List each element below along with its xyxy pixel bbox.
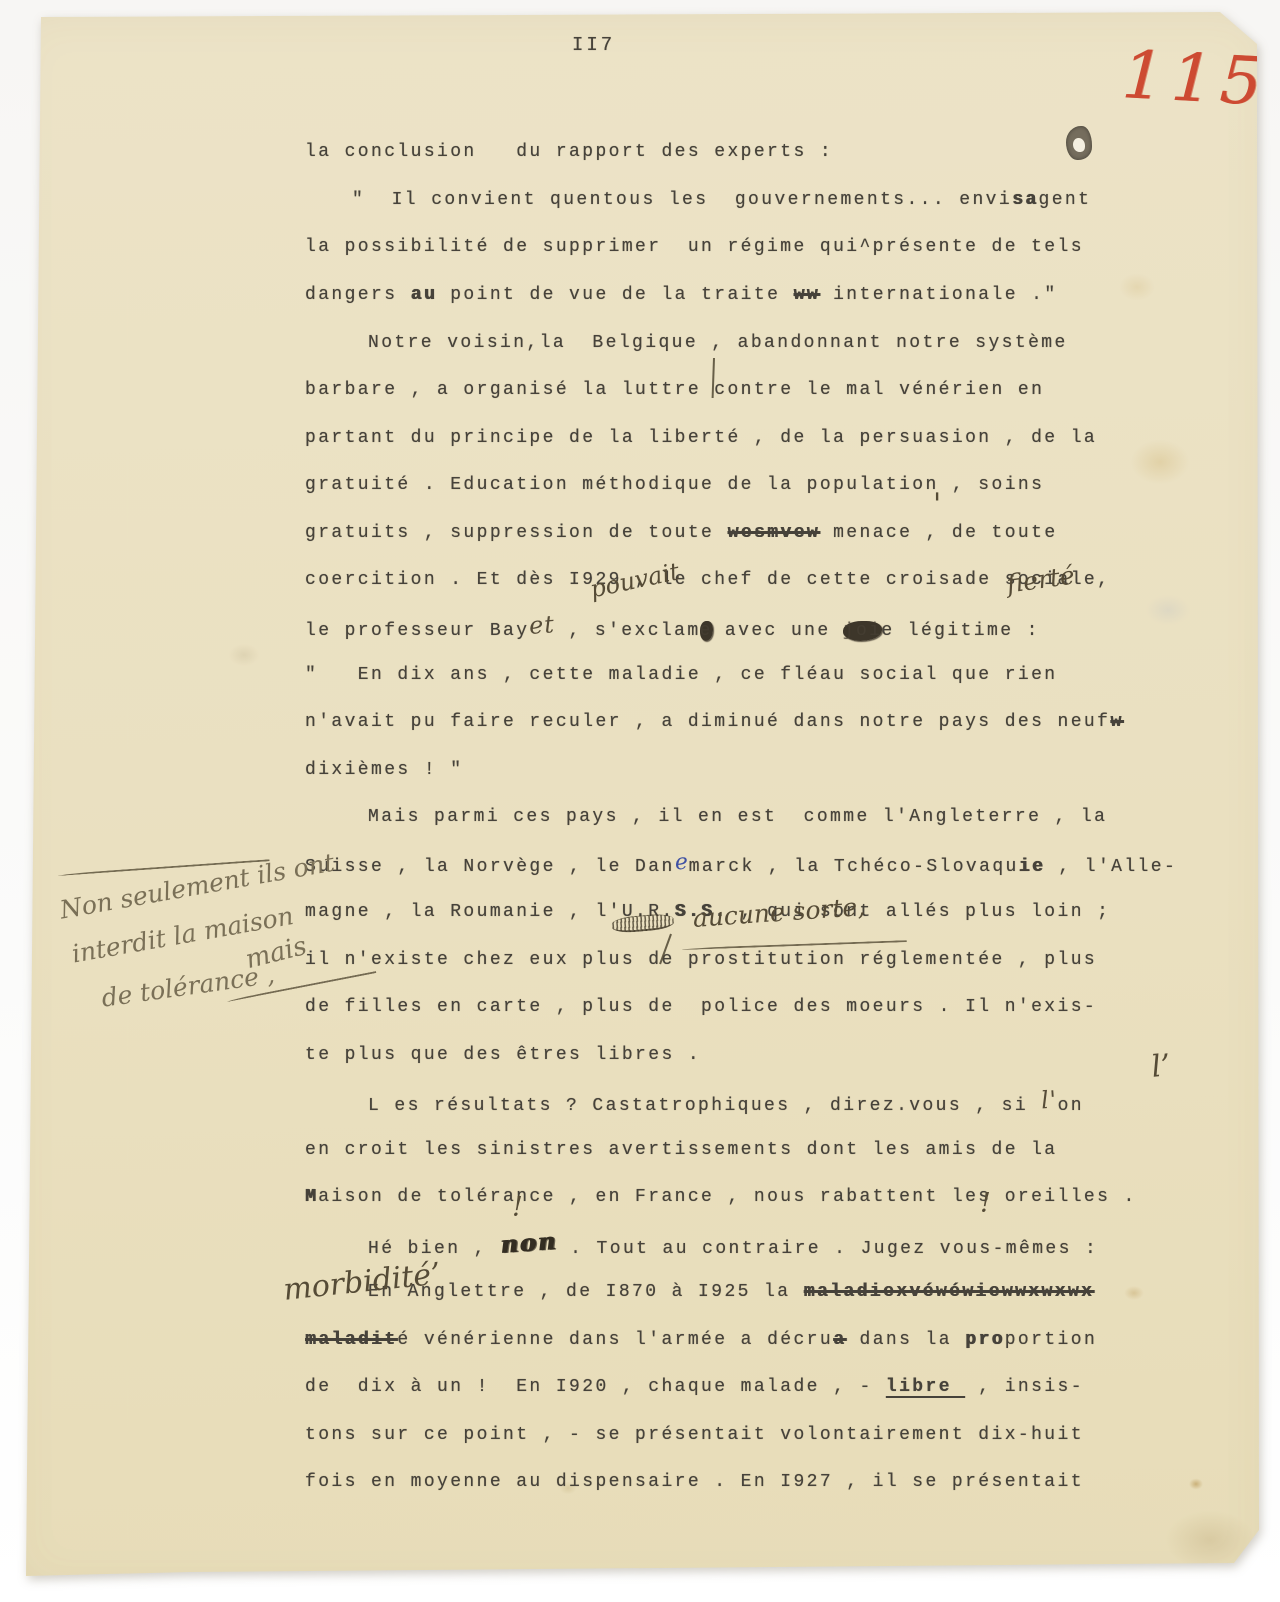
typed-text: Suisse , la Norvège , le Dan: [305, 857, 675, 877]
handwritten-correction: l': [1040, 1084, 1058, 1115]
overtyped-text: M: [305, 1187, 318, 1207]
typed-text: " En dix ans , cette maladie , ce fléau …: [305, 665, 1058, 685]
typed-line: maladité vénérienne dans l'armée a décru…: [305, 1325, 1097, 1355]
struckout-text: wesmvew: [727, 523, 819, 543]
margin-note-mais: mais: [243, 933, 309, 973]
typed-line: la conclusion du rapport des experts :: [305, 137, 833, 167]
typed-text: portion: [1005, 1330, 1097, 1350]
typed-text: coercition . Et dès I929 , le chef de ce…: [305, 570, 1110, 590]
typed-line: Maison de tolérance , en France , nous r…: [305, 1182, 1137, 1212]
typed-line: dangers au point de vue de la traite ww …: [305, 280, 1058, 310]
typed-line: de filles en carte , plus de police des …: [305, 992, 1097, 1022]
typed-line: tons sur ce point , - se présentait volo…: [305, 1420, 1084, 1450]
typed-text: Mais parmi ces pays , il en est comme l'…: [368, 807, 1107, 827]
typed-text: en croit les sinistres avertissements do…: [305, 1140, 1058, 1160]
typed-text: il n'existe chez eux plus de prostitutio…: [305, 950, 1097, 970]
typed-line: il n'existe chez eux plus de prostitutio…: [305, 945, 1097, 975]
typed-text: te plus que des êtres libres .: [305, 1045, 701, 1065]
handwritten-correction-blue: e: [674, 848, 690, 879]
overtyped-text: sa: [1012, 190, 1038, 210]
struckout-text: w: [1110, 712, 1123, 732]
typed-text: barbare , a organisé la luttre contre le…: [305, 380, 1044, 400]
typed-text: tons sur ce point , - se présentait volo…: [305, 1425, 1084, 1445]
typed-text: fois en moyenne au dispensaire . En I927…: [305, 1472, 1084, 1492]
annotation-apostrophe-menace: ': [933, 490, 941, 520]
typed-text: la possibilité de supprimer un régime qu…: [305, 237, 1084, 257]
red-folio-number: 115: [1120, 36, 1271, 121]
overtyped-text: ie: [1019, 857, 1045, 877]
annotation-l-apostrophe: l’: [1150, 1051, 1172, 1083]
typed-text: marck , la Tchéco-Slovaqu: [689, 857, 1019, 877]
typed-page-number: II7: [572, 34, 615, 56]
ink-blot: joi: [843, 621, 883, 641]
typed-line: " Il convient quentous les gouvernements…: [352, 185, 1091, 215]
margin-note-line-1: Non seulement ils ont: [58, 850, 336, 923]
typed-text: partant du principe de la liberté , de l…: [305, 428, 1097, 448]
typed-text: é vénérienne dans l'armée a décru: [397, 1330, 833, 1350]
annotation-exclamation-1: !: [512, 1194, 523, 1221]
typed-text: dixièmes ! ": [305, 760, 463, 780]
typed-line: Hé bien , non . Tout au contraire . Juge…: [368, 1230, 1098, 1264]
typed-text: dangers: [305, 285, 411, 305]
typed-line: la possibilité de supprimer un régime qu…: [305, 232, 1084, 262]
struckout-text: a: [833, 1330, 846, 1350]
typed-text: menace , de toute: [820, 523, 1058, 543]
typed-text: , s'exclam: [555, 621, 700, 641]
manuscript-page: II7 115 la conclusion du rapport des exp…: [0, 0, 1280, 1602]
struckout-text: maladiexvéwéwiewwxwxwx: [804, 1282, 1094, 1302]
underlined-text: libre: [886, 1377, 965, 1397]
typed-line: Mais parmi ces pays , il en est comme l'…: [368, 802, 1107, 832]
typed-text: point de vue de la traite: [437, 285, 793, 305]
typed-text: Notre voisin,la Belgique , abandonnant n…: [368, 333, 1068, 353]
typed-line: " En dix ans , cette maladie , ce fléau …: [305, 660, 1058, 690]
overtyped-text: pro: [965, 1330, 1005, 1350]
typed-line: dixièmes ! ": [305, 755, 463, 785]
handwritten-correction: et: [528, 609, 556, 641]
typed-line: En Anglettre , de I870 à I925 la maladie…: [368, 1277, 1094, 1307]
typed-text: internationale .": [820, 285, 1058, 305]
typed-line: Suisse , la Norvège , le Danemarck , la …: [305, 850, 1177, 882]
typed-text: dans la: [846, 1330, 965, 1350]
typed-text: aison de tolérance , en France , nous ra…: [318, 1187, 1137, 1207]
typed-text: gent: [1039, 190, 1092, 210]
annotation-exclamation-2: !: [980, 1190, 991, 1217]
typed-line: en croit les sinistres avertissements do…: [305, 1135, 1058, 1165]
typed-text: le professeur Bay: [305, 621, 529, 641]
typed-text: n'avait pu faire reculer , a diminué dan…: [305, 712, 1110, 732]
typed-line: Notre voisin,la Belgique , abandonnant n…: [368, 328, 1068, 358]
typed-text: , l'Alle-: [1045, 857, 1177, 877]
manuscript-page-wrapper: II7 115 la conclusion du rapport des exp…: [0, 0, 1280, 1602]
typed-text: , insis-: [965, 1377, 1084, 1397]
typed-line: L es résultats ? Castatrophiques , direz…: [368, 1087, 1084, 1121]
paper-tear-mark: [1066, 126, 1092, 160]
overtyped-text: au: [411, 285, 437, 305]
typed-line: n'avait pu faire reculer , a diminué dan…: [305, 707, 1124, 737]
typed-line: barbare , a organisé la luttre contre le…: [305, 375, 1044, 405]
typed-text: L es résultats ? Castatrophiques , direz…: [368, 1096, 1041, 1116]
typed-text: . Tout au contraire . Jugez vous-mêmes :: [557, 1239, 1098, 1259]
handwritten-non: non: [499, 1226, 558, 1260]
typed-text: avec une: [712, 621, 844, 641]
scan-background: { "page": { "typed_number": "II7", "red_…: [0, 0, 1280, 1602]
typed-text: gratuits , suppression de toute: [305, 523, 727, 543]
typed-line: te plus que des êtres libres .: [305, 1040, 701, 1070]
struckout-text: ww: [793, 285, 819, 305]
typed-text: " Il convient quentous les gouvernements…: [352, 190, 1012, 210]
typed-line: fois en moyenne au dispensaire . En I927…: [305, 1467, 1084, 1497]
typed-line: coercition . Et dès I929 , le chef de ce…: [305, 565, 1110, 595]
typed-text: e légitime :: [881, 621, 1039, 641]
typed-text: la conclusion du rapport des experts :: [305, 142, 833, 162]
typed-line: partant du principe de la liberté , de l…: [305, 423, 1097, 453]
typed-line: de dix à un ! En I920 , chaque malade , …: [305, 1372, 1084, 1402]
typed-line: le professeur Bayet , s'exclame avec une…: [305, 612, 1040, 646]
typed-line: gratuits , suppression de toute wesmvew …: [305, 518, 1058, 548]
typed-text: de dix à un ! En I920 , chaque malade , …: [305, 1377, 886, 1397]
typed-text: on: [1058, 1096, 1084, 1116]
struckout-text: maladit: [305, 1330, 397, 1350]
typed-text: de filles en carte , plus de police des …: [305, 997, 1097, 1017]
